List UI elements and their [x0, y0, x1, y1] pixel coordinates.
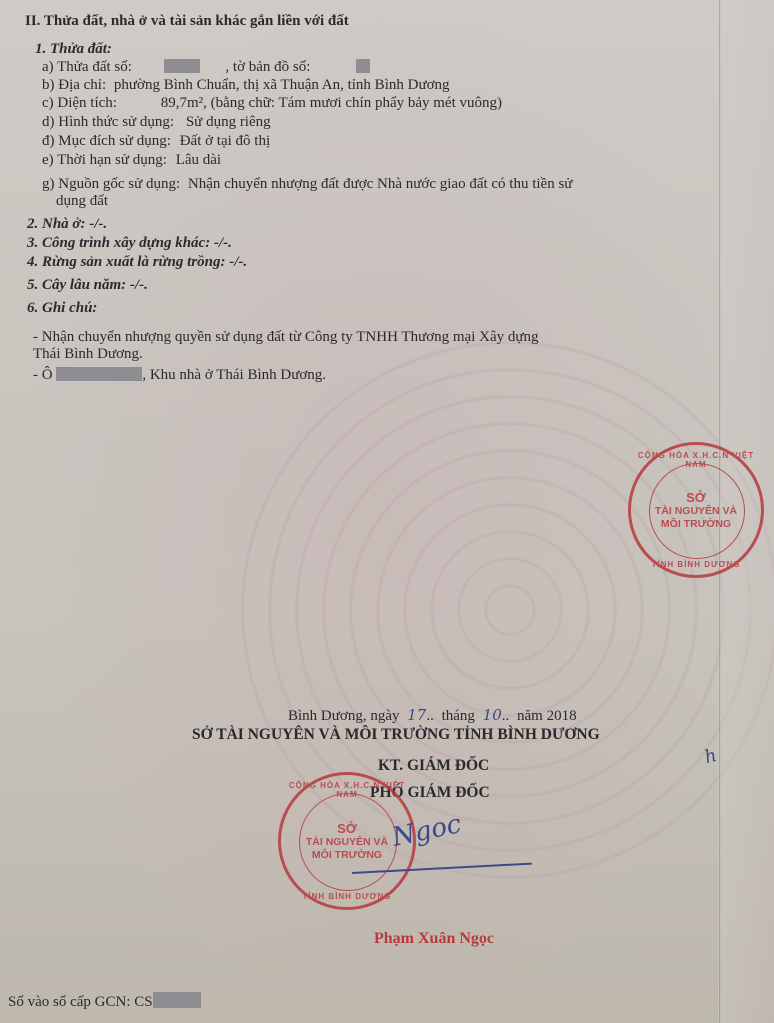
purpose-label: đ) Mục đích sử dụng: [42, 133, 171, 149]
stamp-ring-top-text: CỘNG HÒA X.H.C.N VIỆT NAM [631, 451, 761, 469]
origin-row: g) Nguồn gốc sử dụng: Nhận chuyển nhượng… [42, 175, 572, 193]
redacted-lot-number [56, 367, 142, 381]
note-line-1: - Nhận chuyển nhượng quyền sử dụng đất t… [33, 328, 539, 346]
registry-label: Số vào sổ cấp GCN: [8, 994, 131, 1010]
month-dots: .. [502, 708, 510, 724]
perennial-trees-item: 5. Cây lâu năm: -/-. [27, 276, 148, 294]
origin-value: Nhận chuyển nhượng đất được Nhà nước gia… [188, 176, 573, 192]
stamp-ring-bottom-text: TỈNH BÌNH DƯƠNG [303, 892, 392, 901]
notes-heading: 6. Ghi chú: [27, 299, 97, 317]
initial-mark: h [703, 747, 719, 767]
issuing-agency: SỞ TÀI NGUYÊN VÀ MÔI TRƯỜNG TỈNH BÌNH DƯ… [192, 726, 600, 744]
purpose-value: Đất ở tại đô thị [180, 133, 270, 149]
certificate-page: II. Thửa đất, nhà ở và tài sản khác gắn … [0, 0, 774, 1023]
place-date-line: Bình Dương, ngày 17.. tháng 10.. năm 201… [288, 706, 577, 725]
day-dots: .. [426, 708, 434, 724]
redacted-map-sheet-number [356, 59, 370, 73]
map-sheet-label: , tờ bản đồ số: [225, 59, 310, 75]
note-line-3: - Ô , Khu nhà ở Thái Bình Dương. [33, 366, 326, 384]
address-label: b) Địa chỉ: [42, 77, 106, 93]
use-form-row: d) Hình thức sử dụng: Sử dụng riêng [42, 113, 271, 131]
stamp-inner-ring [649, 463, 745, 559]
note-line-3-prefix: - Ô [33, 367, 56, 383]
note-line-3-suffix: , Khu nhà ở Thái Bình Dương. [142, 367, 326, 383]
use-form-value: Sử dụng riêng [186, 114, 271, 130]
area-label: c) Diện tích: [42, 95, 117, 111]
official-stamp-right: CỘNG HÒA X.H.C.N VIỆT NAM SỞ TÀI NGUYÊN … [628, 442, 764, 578]
day-handwritten: 17 [407, 706, 426, 724]
origin-value-continued: dụng đất [56, 192, 108, 210]
purpose-row: đ) Mục đích sử dụng: Đất ở tại đô thị [42, 132, 270, 150]
note-line-2: Thái Bình Dương. [33, 345, 143, 363]
month-label: tháng [442, 708, 475, 724]
place-date-prefix: Bình Dương, ngày [288, 708, 399, 724]
term-label: e) Thời hạn sử dụng: [42, 152, 167, 168]
redacted-registry-number [153, 992, 201, 1008]
registry-row: Số vào sổ cấp GCN: CS [8, 992, 201, 1011]
stamp-ring-bottom-text: TỈNH BÌNH DƯƠNG [652, 560, 741, 569]
year-text: năm 2018 [517, 708, 577, 724]
term-value: Lâu dài [176, 152, 221, 168]
area-value: 89,7m², (bằng chữ: Tám mươi chín phẩy bả… [161, 95, 502, 111]
parcel-number-row: a) Thửa đất số: , tờ bản đồ số: [42, 58, 370, 76]
section-title: II. Thửa đất, nhà ở và tài sản khác gắn … [25, 12, 349, 30]
origin-label: g) Nguồn gốc sử dụng: [42, 176, 180, 192]
land-parcel-heading: 1. Thửa đất: [35, 40, 112, 58]
redacted-parcel-number [164, 59, 200, 73]
production-forest-item: 4. Rừng sản xuất là rừng trồng: -/-. [27, 253, 247, 271]
role-line-1: KT. GIÁM ĐỐC [378, 757, 489, 775]
house-item: 2. Nhà ở: -/-. [27, 215, 107, 233]
registry-prefix: CS [134, 994, 152, 1010]
parcel-number-label: a) Thửa đất số: [42, 59, 132, 75]
other-construction-item: 3. Công trình xây dựng khác: -/-. [27, 234, 232, 252]
signer-name: Phạm Xuân Ngọc [374, 930, 494, 948]
address-value: phường Bình Chuẩn, thị xã Thuận An, tỉnh… [114, 77, 450, 93]
area-row: c) Diện tích: 89,7m², (bằng chữ: Tám mươ… [42, 94, 502, 112]
month-handwritten: 10 [483, 706, 502, 724]
term-row: e) Thời hạn sử dụng: Lâu dài [42, 151, 221, 169]
stamp-inner-ring [299, 793, 397, 891]
use-form-label: d) Hình thức sử dụng: [42, 114, 174, 130]
stamp-ring-top-text: CỘNG HÒA X.H.C.N VIỆT NAM [281, 781, 413, 799]
address-row: b) Địa chỉ: phường Bình Chuẩn, thị xã Th… [42, 76, 450, 94]
